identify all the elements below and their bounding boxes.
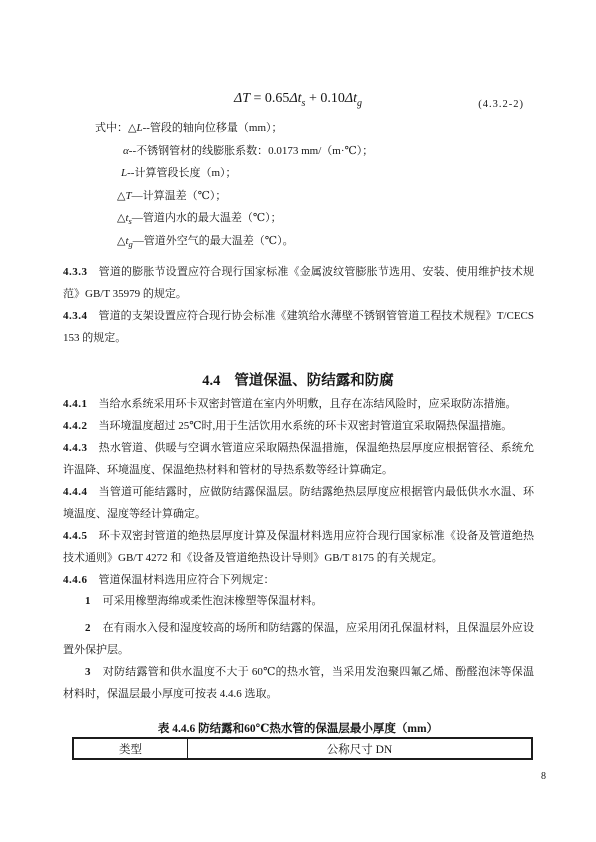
definition-text: 不锈钢管材的线膨胀系数：0.0173 mm/（m·℃）； — [136, 145, 373, 157]
clause-4-4-1: 4.4.1当给水系统采用环卡双密封管道在室内外明敷，且存在冻结风险时，应采取防冻… — [63, 393, 534, 415]
clause-text: 管道保温材料选用应符合下列规定： — [99, 574, 275, 586]
definition-text: 管段的轴向位移量（mm）； — [150, 122, 283, 134]
definition-line: 式中：△L--管段的轴向位移量（mm）； — [63, 117, 534, 140]
definition-text: 管道内水的最大温差（℃）； — [143, 212, 282, 224]
clause-4-4-5: 4.4.5环卡双密封管道的绝热层厚度计算及保温材料选用应符合现行国家标准《设备及… — [63, 525, 534, 569]
clause-number: 4.4.5 — [63, 530, 88, 542]
table-4-4-6: 类型 公称尺寸 DN — [72, 737, 533, 760]
formula-term2: Δt — [345, 91, 357, 106]
clause-4-4-3: 4.4.3热水管道、供暖与空调水管道应采取隔热保温措施，保温绝热层厚度应根据管径… — [63, 437, 534, 481]
clause-text: 当环境温度超过 25℃时,用于生活饮用水系统的环卡双密封管道宜采取隔热保温措施。 — [99, 420, 513, 432]
clause-number: 4.4.3 — [63, 442, 88, 454]
formula-lhs: ΔT — [234, 91, 250, 106]
clause-number: 4.4.4 — [63, 486, 88, 498]
table-header-dn: 公称尺寸 DN — [188, 738, 533, 759]
definition-text: 管道外空气的最大温差（℃）。 — [144, 235, 294, 247]
list-item-1: 1可采用橡塑海绵或柔性泡沫橡塑等保温材料。 — [63, 590, 534, 612]
clause-text: 当给水系统采用环卡双密封管道在室内外明敷，且存在冻结风险时，应采取防冻措施。 — [99, 398, 517, 410]
variable-definitions: 式中：△L--管段的轴向位移量（mm）； α--不锈钢管材的线膨胀系数：0.01… — [63, 117, 534, 253]
document-page: ΔT = 0.65Δts + 0.10Δtg (4.3.2-2) 式中：△L--… — [0, 0, 596, 842]
definition-dash: — — [133, 235, 144, 247]
definition-dash: — — [132, 212, 143, 224]
clause-4-4-2: 4.4.2当环境温度超过 25℃时,用于生活饮用水系统的环卡双密封管道宜采取隔热… — [63, 415, 534, 437]
list-item-text: 在有雨水入侵和湿度较高的场所和防结露的保温，应采用闭孔保温材料，且保温层外应设置… — [63, 622, 534, 656]
list-item-number: 3 — [85, 666, 91, 678]
clause-number: 4.3.4 — [63, 310, 88, 322]
definition-term: △L — [128, 122, 143, 134]
clause-text: 管道的支架设置应符合现行协会标准《建筑给水薄壁不锈钢管管道工程技术规程》T/CE… — [63, 310, 534, 344]
formula-equals: = 0.65 — [250, 91, 289, 106]
definition-line: △tg—管道外空气的最大温差（℃）。 — [63, 230, 534, 253]
clause-number: 4.4.2 — [63, 420, 88, 432]
formula-sub2: g — [357, 98, 362, 109]
definition-line: △ts—管道内水的最大温差（℃）； — [63, 207, 534, 230]
clause-text: 环卡双密封管道的绝热层厚度计算及保温材料选用应符合现行国家标准《设备及管道绝热技… — [63, 530, 534, 564]
section-heading-title: 管道保温、防结露和防腐 — [234, 373, 394, 389]
clause-number: 4.4.1 — [63, 398, 88, 410]
section-4-4-clauses: 4.4.1当给水系统采用环卡双密封管道在室内外明敷，且存在冻结风险时，应采取防冻… — [63, 393, 534, 591]
section-4-3-clauses: 4.3.3管道的膨胀节设置应符合现行国家标准《金属波纹管膨胀节选用、安装、使用维… — [63, 261, 534, 349]
definition-line: α--不锈钢管材的线膨胀系数：0.0173 mm/（m·℃）； — [63, 140, 534, 163]
table-caption: 表 4.4.6 防结露和60℃热水管的保温层最小厚度（mm） — [0, 721, 596, 737]
definition-term: △T — [117, 190, 132, 202]
clause-text: 热水管道、供暖与空调水管道应采取隔热保温措施，保温绝热层厚度应根据管径、系统允许… — [63, 442, 534, 476]
table-header-row: 类型 公称尺寸 DN — [73, 738, 532, 759]
list-item-3: 3对防结露管和供水温度不大于 60℃的热水管，当采用发泡聚四氟乙烯、酚醛泡沫等保… — [63, 661, 534, 705]
list-item-2: 2在有雨水入侵和湿度较高的场所和防结露的保温，应采用闭孔保温材料，且保温层外应设… — [63, 617, 534, 661]
definition-dash: — — [132, 190, 143, 202]
definition-dash: -- — [143, 122, 150, 134]
formula-term1: Δt — [289, 91, 301, 106]
definition-text: 计算温差（℃）； — [143, 190, 227, 202]
definition-dash: -- — [129, 145, 136, 157]
clause-4-3-3: 4.3.3管道的膨胀节设置应符合现行国家标准《金属波纹管膨胀节选用、安装、使用维… — [63, 261, 534, 305]
definition-line: L--计算管段长度（m）； — [63, 162, 534, 185]
clause-number: 4.4.6 — [63, 574, 88, 586]
list-item-text: 对防结露管和供水温度不大于 60℃的热水管，当采用发泡聚四氟乙烯、酚醛泡沫等保温… — [63, 666, 534, 700]
definition-term: △t — [117, 212, 129, 224]
clause-4-4-4: 4.4.4当管道可能结露时，应做防结露保温层。防结露绝热层厚度应根据管内最低供水… — [63, 481, 534, 525]
clause-4-3-4: 4.3.4管道的支架设置应符合现行协会标准《建筑给水薄壁不锈钢管管道工程技术规程… — [63, 305, 534, 349]
table-header-type: 类型 — [73, 738, 188, 759]
clause-text: 当管道可能结露时，应做防结露保温层。防结露绝热层厚度应根据管内最低供水水温、环境… — [63, 486, 534, 520]
equation-number: (4.3.2-2) — [478, 99, 524, 110]
formula-plus: + 0.10 — [305, 91, 344, 106]
clause-text: 管道的膨胀节设置应符合现行国家标准《金属波纹管膨胀节选用、安装、使用维护技术规范… — [63, 266, 534, 300]
list-item-text: 可采用橡塑海绵或柔性泡沫橡塑等保温材料。 — [103, 595, 323, 607]
clause-4-4-6: 4.4.6管道保温材料选用应符合下列规定： — [63, 569, 534, 591]
definition-line: △T—计算温差（℃）； — [63, 185, 534, 208]
clause-number: 4.3.3 — [63, 266, 88, 278]
list-item-number: 2 — [85, 622, 91, 634]
definitions-intro: 式中： — [95, 122, 128, 134]
page-number: 8 — [541, 771, 546, 782]
section-heading: 4.4管道保温、防结露和防腐 — [0, 369, 596, 393]
definition-text: 计算管段长度（m）； — [134, 167, 236, 179]
section-heading-number: 4.4 — [202, 373, 220, 389]
definition-term: △t — [117, 235, 129, 247]
list-item-number: 1 — [85, 595, 91, 607]
